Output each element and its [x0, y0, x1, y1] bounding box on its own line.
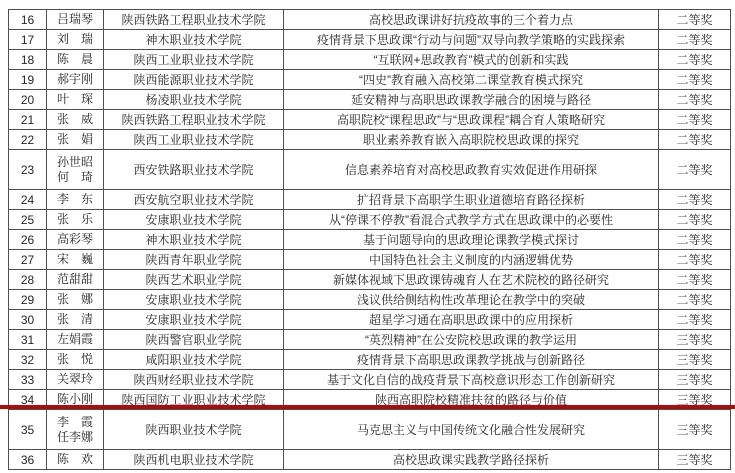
row-number: 20 [9, 90, 47, 110]
author-name-line: 任李娜 [49, 430, 101, 445]
author-name-line: 左娟霞 [49, 332, 101, 347]
award-level: 二等奖 [659, 310, 731, 330]
author-name-line: 张 悦 [49, 352, 101, 367]
author-name-line: 吕瑞琴 [49, 12, 101, 27]
paper-title: 高职院校“课程思政”与“思政课程”耦合育人策略研究 [284, 110, 659, 130]
institution: 陕西财经职业技术学院 [104, 370, 284, 390]
author-name-line: 张 清 [49, 312, 101, 327]
table-row: 30张 清安康职业技术学院超星学习通在高职思政课中的应用探析二等奖 [9, 310, 731, 330]
award-level: 二等奖 [659, 250, 731, 270]
paper-title: 信息素养培育对高校思政教育实效促进作用研探 [284, 150, 659, 190]
table-row: 27宋 巍陕西青年职业学院中国特色社会主义制度的内涵逻辑优势二等奖 [9, 250, 731, 270]
author-name-line: 高彩琴 [49, 232, 101, 247]
paper-title: “四史”教育融入高校第二课堂教育模式探究 [284, 70, 659, 90]
author-name-line: 宋 巍 [49, 252, 101, 267]
author-name: 高彩琴 [47, 230, 104, 250]
table-row: 19郝宇刚陕西能源职业技术学院“四史”教育融入高校第二课堂教育模式探究二等奖 [9, 70, 731, 90]
paper-title: 基于文化自信的战疫背景下高校意识形态工作创新研究 [284, 370, 659, 390]
award-level: 三等奖 [659, 410, 731, 450]
award-level: 二等奖 [659, 30, 731, 50]
institution: 陕西机电职业技术学院 [104, 450, 284, 470]
institution: 陕西铁路工程职业技术学院 [104, 10, 284, 30]
institution: 陕西工业职业技术学院 [104, 130, 284, 150]
institution: 杨凌职业技术学院 [104, 90, 284, 110]
author-name: 吕瑞琴 [47, 10, 104, 30]
table-row: 26高彩琴神木职业技术学院基于问题导向的思政理论课教学模式探讨二等奖 [9, 230, 731, 250]
paper-title: 高校思政课讲好抗疫故事的三个着力点 [284, 10, 659, 30]
row-number: 32 [9, 350, 47, 370]
institution: 陕西艺术职业学院 [104, 270, 284, 290]
author-name: 张 乐 [47, 210, 104, 230]
author-name: 张 悦 [47, 350, 104, 370]
table-row: 31左娟霞陕西警官职业学院“英烈精神”在公安院校思政课的教学运用三等奖 [9, 330, 731, 350]
paper-title: 新媒体视域下思政课铸魂育人在艺术院校的路径研究 [284, 270, 659, 290]
institution: 陕西工业职业技术学院 [104, 50, 284, 70]
paper-title: 延安精神与高职思政课教学融合的困境与路径 [284, 90, 659, 110]
award-level: 三等奖 [659, 450, 731, 470]
institution: 安康职业技术学院 [104, 310, 284, 330]
award-level: 三等奖 [659, 370, 731, 390]
paper-title: “互联网+思政教育”模式的创新和实践 [284, 50, 659, 70]
row-number: 23 [9, 150, 47, 190]
award-level: 二等奖 [659, 230, 731, 250]
row-number: 33 [9, 370, 47, 390]
institution: 陕西青年职业学院 [104, 250, 284, 270]
author-name: 孙世昭何 琦 [47, 150, 104, 190]
award-level: 二等奖 [659, 130, 731, 150]
row-number: 24 [9, 190, 47, 210]
paper-title: 马克思主义与中国传统文化融合性发展研究 [284, 410, 659, 450]
author-name: 李 霞任李娜 [47, 410, 104, 450]
institution: 安康职业技术学院 [104, 290, 284, 310]
table-row: 16吕瑞琴陕西铁路工程职业技术学院高校思政课讲好抗疫故事的三个着力点二等奖 [9, 10, 731, 30]
institution: 西安铁路职业技术学院 [104, 150, 284, 190]
author-name: 关翠玲 [47, 370, 104, 390]
author-name-line: 张 娟 [49, 132, 101, 147]
author-name: 叶 琛 [47, 90, 104, 110]
author-name: 刘 瑞 [47, 30, 104, 50]
paper-title: 疫情背景下思政课“行动与问题”双导向教学策略的实践探索 [284, 30, 659, 50]
row-number: 28 [9, 270, 47, 290]
table-row: 21张 威陕西铁路工程职业技术学院高职院校“课程思政”与“思政课程”耦合育人策略… [9, 110, 731, 130]
institution: 陕西能源职业技术学院 [104, 70, 284, 90]
table-row: 18陈 晨陕西工业职业技术学院“互联网+思政教育”模式的创新和实践二等奖 [9, 50, 731, 70]
table-row: 24李 东西安航空职业技术学院扩招背景下高职学生职业道德培育路径探析二等奖 [9, 190, 731, 210]
author-name-line: 李 霞 [49, 415, 101, 430]
author-name-line: 李 东 [49, 192, 101, 207]
paper-title: 浅议供给侧结构性改革理论在教学中的突破 [284, 290, 659, 310]
author-name-line: 孙世昭 [49, 155, 101, 170]
paper-title: “英烈精神”在公安院校思政课的教学运用 [284, 330, 659, 350]
award-level: 二等奖 [659, 10, 731, 30]
table-row: 35李 霞任李娜陕西职业技术学院马克思主义与中国传统文化融合性发展研究三等奖 [9, 410, 731, 450]
author-name: 张 娟 [47, 130, 104, 150]
row-number: 22 [9, 130, 47, 150]
institution: 神木职业技术学院 [104, 30, 284, 50]
author-name: 陈 晨 [47, 50, 104, 70]
institution: 安康职业技术学院 [104, 210, 284, 230]
author-name-line: 关翠玲 [49, 372, 101, 387]
award-level: 二等奖 [659, 270, 731, 290]
row-number: 16 [9, 10, 47, 30]
table-row: 36陈 欢陕西机电职业技术学院高校思政课实践教学路径探析三等奖 [9, 450, 731, 470]
institution: 西安航空职业技术学院 [104, 190, 284, 210]
award-level: 二等奖 [659, 110, 731, 130]
paper-title: 中国特色社会主义制度的内涵逻辑优势 [284, 250, 659, 270]
author-name: 张 清 [47, 310, 104, 330]
award-level: 二等奖 [659, 290, 731, 310]
row-number: 25 [9, 210, 47, 230]
award-level: 二等奖 [659, 150, 731, 190]
award-level: 二等奖 [659, 190, 731, 210]
row-number: 29 [9, 290, 47, 310]
author-name-line: 陈 晨 [49, 52, 101, 67]
author-name-line: 郝宇刚 [49, 72, 101, 87]
author-name: 陈 欢 [47, 450, 104, 470]
award-table: 16吕瑞琴陕西铁路工程职业技术学院高校思政课讲好抗疫故事的三个着力点二等奖17刘… [8, 9, 731, 470]
paper-title: 高校思政课实践教学路径探析 [284, 450, 659, 470]
table-row: 17刘 瑞神木职业技术学院疫情背景下思政课“行动与问题”双导向教学策略的实践探索… [9, 30, 731, 50]
author-name: 张 威 [47, 110, 104, 130]
author-name-line: 陈 欢 [49, 452, 101, 467]
row-number: 26 [9, 230, 47, 250]
institution: 陕西铁路工程职业技术学院 [104, 110, 284, 130]
author-name-line: 张 娜 [49, 292, 101, 307]
table-row: 23孙世昭何 琦西安铁路职业技术学院信息素养培育对高校思政教育实效促进作用研探二… [9, 150, 731, 190]
red-highlight-line [0, 405, 735, 409]
author-name-line: 刘 瑞 [49, 32, 101, 47]
row-number: 19 [9, 70, 47, 90]
paper-title: 扩招背景下高职学生职业道德培育路径探析 [284, 190, 659, 210]
table-row: 28范甜甜陕西艺术职业学院新媒体视域下思政课铸魂育人在艺术院校的路径研究二等奖 [9, 270, 731, 290]
row-number: 18 [9, 50, 47, 70]
paper-title: 基于问题导向的思政理论课教学模式探讨 [284, 230, 659, 250]
row-number: 17 [9, 30, 47, 50]
author-name: 郝宇刚 [47, 70, 104, 90]
award-level: 三等奖 [659, 330, 731, 350]
author-name-line: 叶 琛 [49, 92, 101, 107]
table-row: 22张 娟陕西工业职业技术学院职业素养教育嵌入高职院校思政课的探究二等奖 [9, 130, 731, 150]
institution: 陕西职业技术学院 [104, 410, 284, 450]
table-row: 29张 娜安康职业技术学院浅议供给侧结构性改革理论在教学中的突破二等奖 [9, 290, 731, 310]
paper-title: 超星学习通在高职思政课中的应用探析 [284, 310, 659, 330]
row-number: 27 [9, 250, 47, 270]
row-number: 35 [9, 410, 47, 450]
table-row: 33关翠玲陕西财经职业技术学院基于文化自信的战疫背景下高校意识形态工作创新研究三… [9, 370, 731, 390]
institution: 神木职业技术学院 [104, 230, 284, 250]
row-number: 36 [9, 450, 47, 470]
author-name: 李 东 [47, 190, 104, 210]
author-name-line: 张 威 [49, 112, 101, 127]
institution: 陕西警官职业学院 [104, 330, 284, 350]
table-row: 32张 悦咸阳职业技术学院疫情背景下高职思政课教学挑战与创新路径三等奖 [9, 350, 731, 370]
award-table-body: 16吕瑞琴陕西铁路工程职业技术学院高校思政课讲好抗疫故事的三个着力点二等奖17刘… [9, 10, 731, 470]
author-name-line: 范甜甜 [49, 272, 101, 287]
table-row: 20叶 琛杨凌职业技术学院延安精神与高职思政课教学融合的困境与路径二等奖 [9, 90, 731, 110]
row-number: 21 [9, 110, 47, 130]
paper-title: 职业素养教育嵌入高职院校思政课的探究 [284, 130, 659, 150]
author-name-line: 张 乐 [49, 212, 101, 227]
author-name-line: 何 琦 [49, 170, 101, 185]
paper-title: 从“停课不停教”看混合式教学方式在思政课中的必要性 [284, 210, 659, 230]
author-name: 范甜甜 [47, 270, 104, 290]
author-name: 张 娜 [47, 290, 104, 310]
paper-title: 疫情背景下高职思政课教学挑战与创新路径 [284, 350, 659, 370]
award-level: 二等奖 [659, 90, 731, 110]
row-number: 31 [9, 330, 47, 350]
author-name: 左娟霞 [47, 330, 104, 350]
award-level: 三等奖 [659, 350, 731, 370]
award-level: 二等奖 [659, 50, 731, 70]
table-row: 25张 乐安康职业技术学院从“停课不停教”看混合式教学方式在思政课中的必要性二等… [9, 210, 731, 230]
institution: 咸阳职业技术学院 [104, 350, 284, 370]
award-level: 二等奖 [659, 210, 731, 230]
award-level: 二等奖 [659, 70, 731, 90]
author-name: 宋 巍 [47, 250, 104, 270]
row-number: 30 [9, 310, 47, 330]
